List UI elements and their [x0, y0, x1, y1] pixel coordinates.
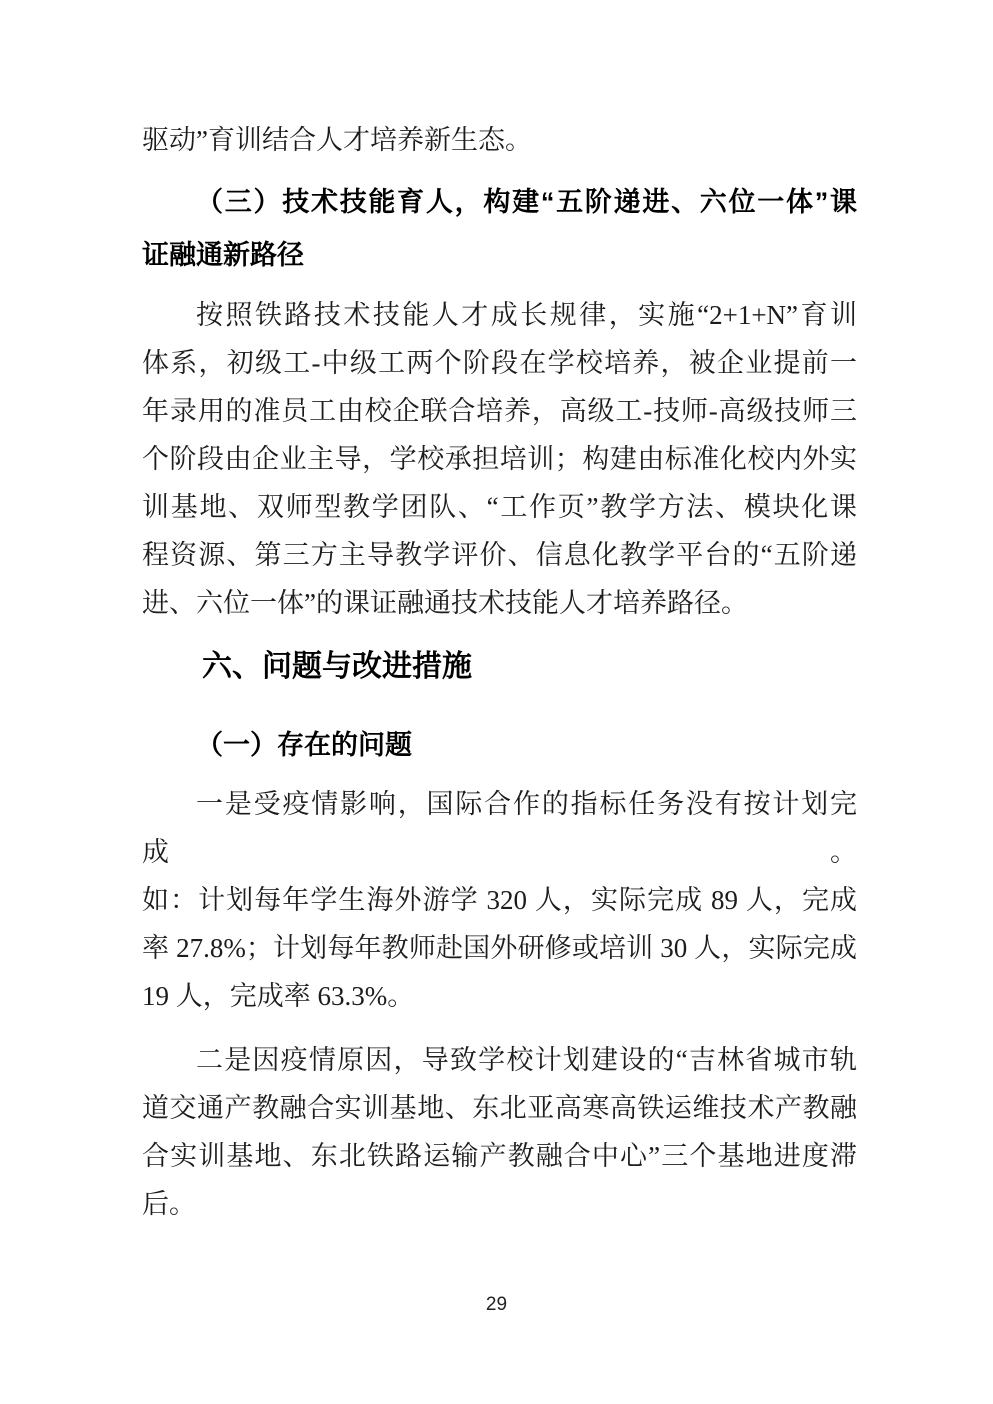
subsection-heading-one: （一）存在的问题	[142, 719, 857, 772]
text-line: 二是因疫情原因，导致学校计划建设的“吉林省城市轨	[142, 1036, 857, 1084]
text-line: 如：计划每年学生海外游学 320 人，实际完成 89 人，完成	[142, 876, 857, 924]
text-line: 体系，初级工-中级工两个阶段在学校培养，被企业提前一	[142, 339, 857, 387]
text-line: 程资源、第三方主导教学评价、信息化教学平台的“五阶递	[142, 531, 857, 579]
text-line: 率 27.8%；计划每年教师赴国外研修或培训 30 人，实际完成	[142, 924, 857, 972]
section-heading-three: （三）技术技能育人，构建“五阶递进、六位一体”课证融通新路径	[142, 176, 857, 282]
text-line: （一）存在的问题	[142, 719, 857, 772]
text-line: 年录用的准员工由校企联合培养，高级工-技师-高级技师三	[142, 387, 857, 435]
text-line: 按照铁路技术技能人才成长规律，实施“2+1+N”育训	[142, 291, 857, 339]
paragraph-continuation: 驱动”育训结合人才培养新生态。	[142, 116, 857, 164]
text-line: 个阶段由企业主导，学校承担培训；构建由标准化校内外实	[142, 435, 857, 483]
text-line: 19 人，完成率 63.3%。	[142, 972, 857, 1020]
text-line: 训基地、双师型教学团队、“工作页”教学方法、模块化课	[142, 483, 857, 531]
text-line: 六、问题与改进措施	[142, 643, 857, 691]
text-line: （三）技术技能育人，构建“五阶递进、六位一体”课	[142, 176, 857, 229]
text-line: 驱动”育训结合人才培养新生态。	[142, 116, 857, 164]
paragraph-problem-one: 一是受疫情影响，国际合作的指标任务没有按计划完成。如：计划每年学生海外游学 32…	[142, 780, 857, 1020]
document-content: 驱动”育训结合人才培养新生态。（三）技术技能育人，构建“五阶递进、六位一体”课证…	[142, 116, 857, 1228]
paragraph-training-system: 按照铁路技术技能人才成长规律，实施“2+1+N”育训体系，初级工-中级工两个阶段…	[142, 291, 857, 627]
text-line: 道交通产教融合实训基地、东北亚高寒高铁运维技术产教融	[142, 1084, 857, 1132]
text-line: 证融通新路径	[142, 229, 857, 282]
page-number: 29	[0, 1294, 993, 1316]
text-line: 后。	[142, 1180, 857, 1228]
text-line: 进、六位一体”的课证融通技术技能人才培养路径。	[142, 579, 857, 627]
document-page: 驱动”育训结合人才培养新生态。（三）技术技能育人，构建“五阶递进、六位一体”课证…	[0, 0, 993, 1404]
chapter-heading-six: 六、问题与改进措施	[142, 643, 857, 691]
text-line: 合实训基地、东北铁路运输产教融合中心”三个基地进度滞	[142, 1132, 857, 1180]
paragraph-problem-two: 二是因疫情原因，导致学校计划建设的“吉林省城市轨道交通产教融合实训基地、东北亚高…	[142, 1036, 857, 1228]
text-line: 一是受疫情影响，国际合作的指标任务没有按计划完成。	[142, 780, 857, 876]
